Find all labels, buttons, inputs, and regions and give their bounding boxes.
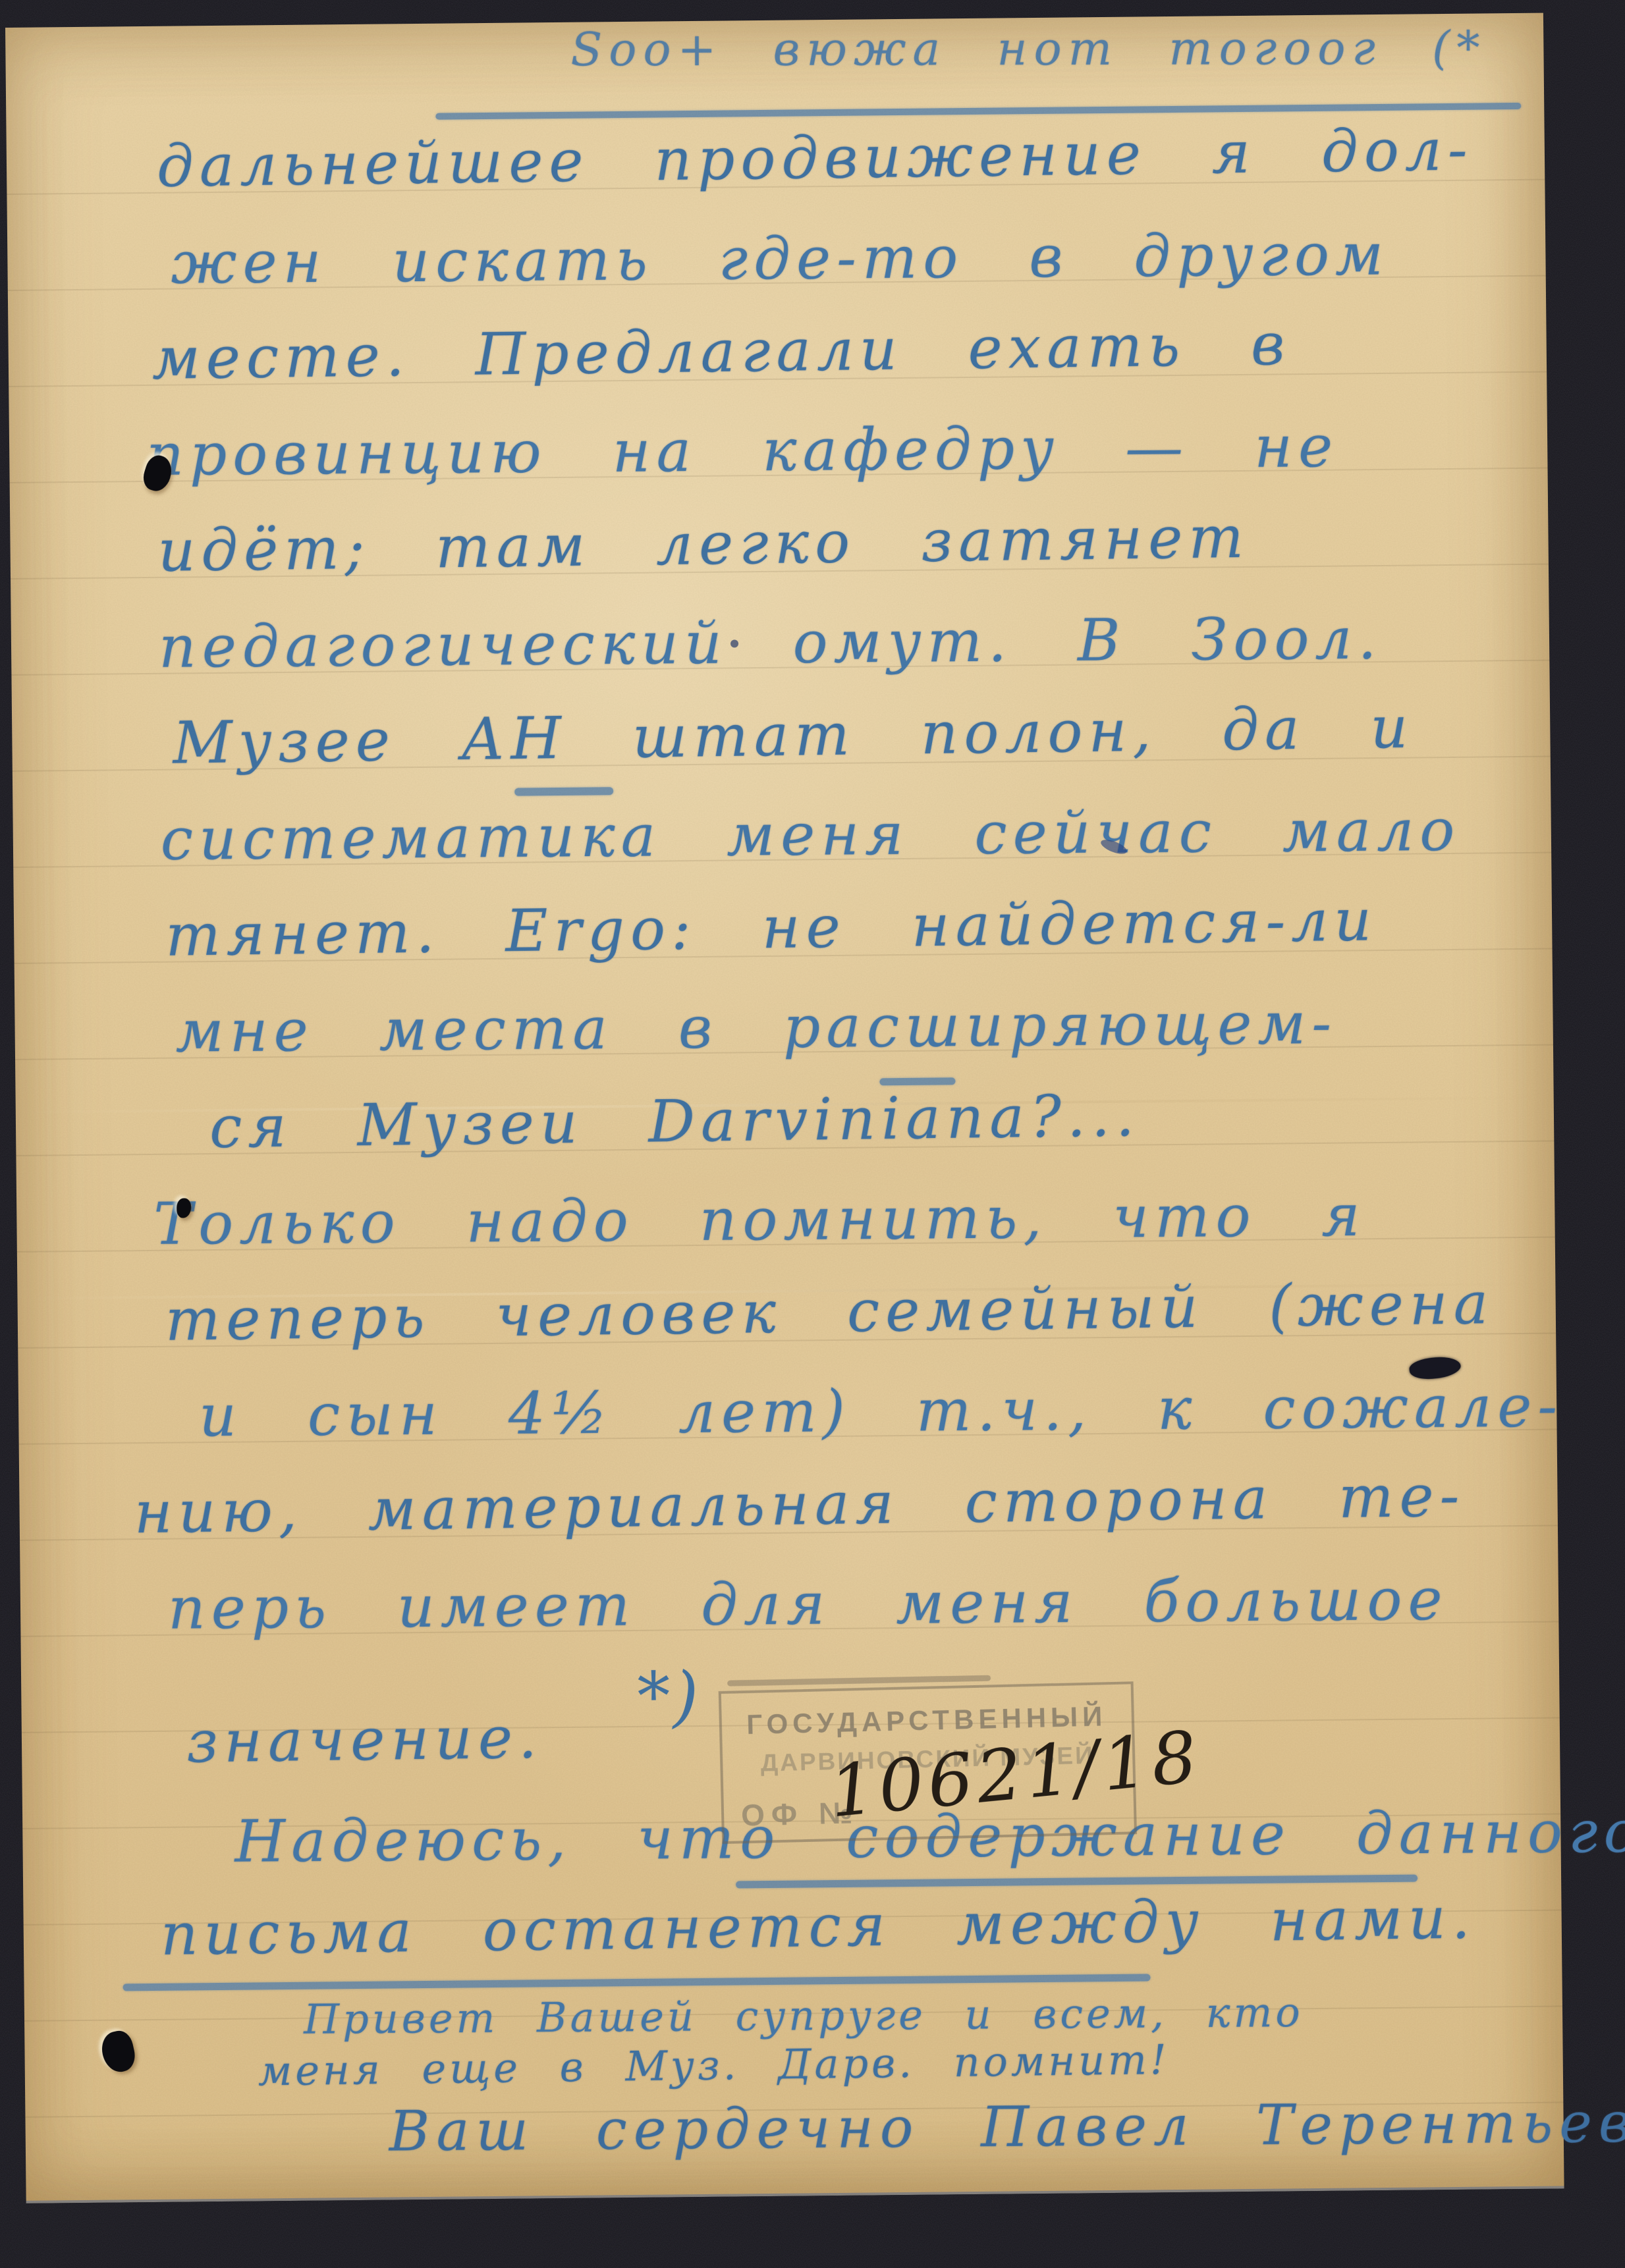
- handwriting-line-17: значение.: [186, 1703, 543, 1777]
- handwriting-line-19: письма останется между нами.: [160, 1883, 1476, 1969]
- handwriting-line-5: идёт; там легко затянет: [157, 502, 1250, 586]
- inverted-footnote-line: Ѕоо+ вюжа нот тогоог (*: [570, 21, 1486, 76]
- ink-speck: [730, 639, 738, 647]
- handwriting-line-8: систематика меня сейчас мало: [160, 796, 1460, 875]
- dash-under-shtat: [514, 787, 613, 796]
- handwriting-line-6: педагогический омут. В Зоол.: [159, 604, 1383, 682]
- handwriting-line-12: Только надо помнить, что я: [153, 1181, 1366, 1259]
- handwriting-line-21: меня еще в Муз. Дарв. помнит!: [258, 2036, 1170, 2096]
- handwriting-line-11: ся Музеи Darviniana?...: [209, 1081, 1140, 1162]
- letter-paper: Ѕоо+ вюжа нот тогоог (* дальнейшее продв…: [5, 13, 1564, 2201]
- handwriting-line-22: Ваш сердечно Павел Терентьев.: [389, 2090, 1625, 2165]
- handwriting-line-15: нию, материальная сторона те-: [134, 1461, 1466, 1547]
- handwriting-line-3: месте. Предлагали ехать в: [151, 310, 1291, 394]
- pencil-smear: [727, 1675, 991, 1687]
- dash-under-rasshir: [879, 1077, 955, 1085]
- handwriting-line-10: мне места в расширяющем-: [175, 988, 1337, 1066]
- handwriting-line-14: и сын 4½ лет) т.ч., к сожале-: [199, 1371, 1564, 1450]
- punch-hole-bottom: [98, 2028, 138, 2075]
- handwriting-line-7: Музее АН штат полон, да и: [173, 693, 1414, 778]
- handwriting-line-1: дальнейшее продвижение я дол-: [156, 115, 1474, 201]
- footnote-marker: *): [637, 1658, 702, 1735]
- underline-ostanetsya: [123, 1974, 1151, 1991]
- handwriting-line-2: жен искать где-то в другом: [171, 219, 1389, 298]
- handwriting-line-4: провинцию на кафедру — не: [146, 412, 1339, 490]
- handwriting-line-13: теперь человек семейный (жена: [165, 1268, 1495, 1355]
- handwriting-line-9: тянет. Ergo: не найдется-ли: [165, 885, 1378, 970]
- handwriting-line-16: перь имеет для меня большое: [168, 1565, 1448, 1643]
